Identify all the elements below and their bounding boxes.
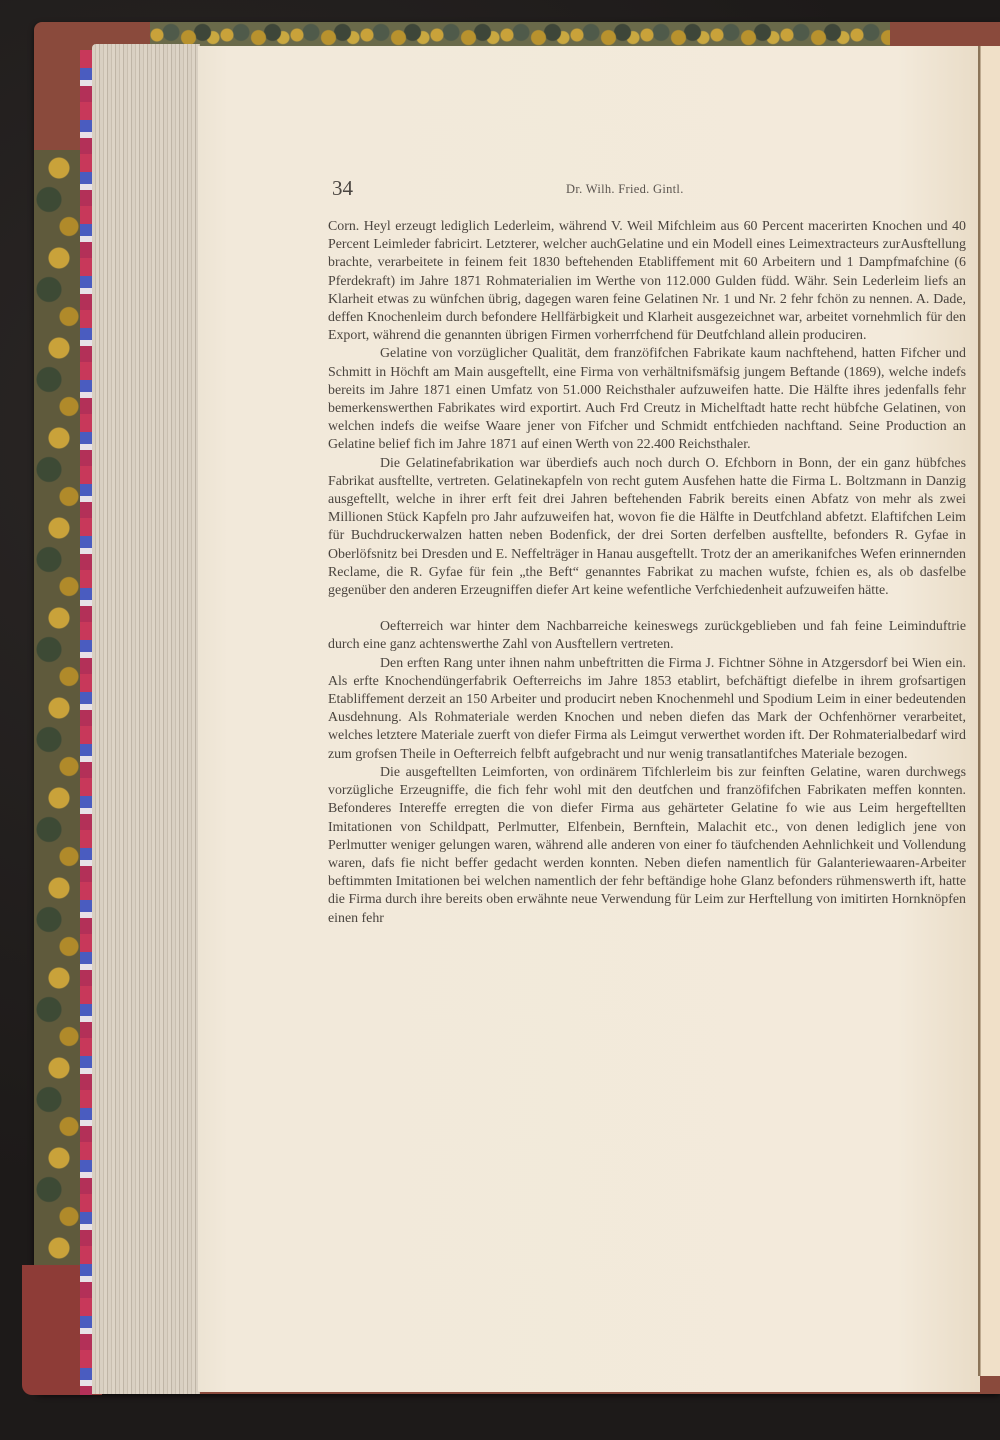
marbled-page-edge [80, 50, 92, 1395]
marbled-cover-top [150, 22, 890, 48]
paragraph: Die Gelatinefabrikation war überdiefs au… [328, 455, 966, 601]
paragraph: Corn. Heyl erzeugt lediglich Lederleim, … [328, 218, 966, 345]
facing-page-edge [978, 46, 1000, 1376]
marbled-cover-left [34, 150, 84, 1270]
page-stack-edge [92, 44, 200, 1394]
paragraph: Die ausgeftellten Leimforten, von ordinä… [328, 764, 966, 928]
body-text: Corn. Heyl erzeugt lediglich Lederleim, … [328, 218, 966, 928]
paragraph: Oefterreich war hinter dem Nachbarreiche… [328, 618, 966, 654]
page-number: 34 [332, 176, 353, 201]
paragraph: Den erften Rang unter ihnen nahm unbeftr… [328, 655, 966, 764]
paragraph: Gelatine von vorzüglicher Qualität, dem … [328, 345, 966, 454]
page-header: 34 Dr. Wilh. Fried. Gintl. [332, 176, 972, 206]
running-head: Dr. Wilh. Fried. Gintl. [566, 182, 684, 197]
